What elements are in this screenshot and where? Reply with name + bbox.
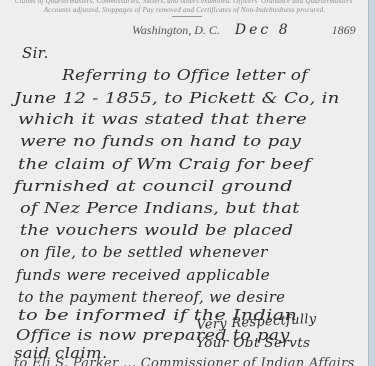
letterhead-ornament <box>172 16 202 17</box>
body-line: of Nez Perce Indians, but that <box>20 199 300 217</box>
date-year: 1869 <box>332 23 356 37</box>
body-line: which it was stated that there <box>18 110 307 128</box>
body-line: to the payment thereof, we desire <box>18 288 285 306</box>
body-line: furnished at council ground <box>14 177 293 195</box>
salutation: Sir. <box>22 44 49 62</box>
letterhead-line-1: Claims of Quartermasters, Commissaries, … <box>0 0 369 5</box>
footer-partial: to Eli S. Parker ... Commissioner of Ind… <box>14 356 355 366</box>
dateline: Washington, D. C. Dec 8 1869 <box>132 22 356 38</box>
closing-line-2: Your Obt Servts <box>196 336 310 351</box>
body-line: June 12 - 1855, to Pickett & Co, in <box>14 89 340 107</box>
letterhead-line-2: Accounts adjusted, Stoppages of Pay remo… <box>0 6 369 14</box>
body-line: Referring to Office letter of <box>62 66 308 84</box>
page-edge <box>368 0 375 366</box>
body-line: funds were received applicable <box>16 266 270 284</box>
date-month-day: Dec 8 <box>235 22 291 38</box>
body-line: the vouchers would be placed <box>20 221 293 239</box>
date-place: Washington, D. C. <box>132 23 220 37</box>
body-line: on file, to be settled whenever <box>20 243 268 261</box>
body-line: were no funds on hand to pay <box>20 132 301 150</box>
body-line: the claim of Wm Craig for beef <box>18 155 311 173</box>
letter-page: Claims of Quartermasters, Commissaries, … <box>0 0 369 366</box>
